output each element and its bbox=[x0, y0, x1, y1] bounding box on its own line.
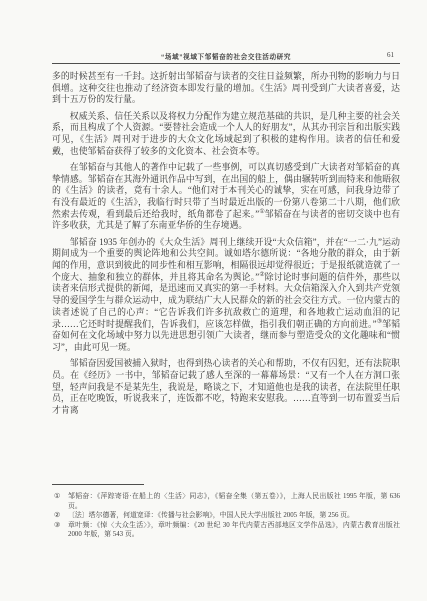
header-rule bbox=[52, 63, 400, 64]
paragraph: 权威关系、信任关系以及将权力分配作为建立规范基础的共识，是几种主要的社会关系，而… bbox=[52, 111, 400, 158]
footnote-list: ①邹韬奋：《萍踪寄语·在船上的〈生活〉同志》，《韬奋全集（第五卷）》，上海人民出… bbox=[52, 492, 400, 540]
footnote-marker: ① bbox=[52, 492, 68, 511]
running-header: “场域”视域下邹韬奋的社会交往活动研究 61 bbox=[52, 51, 400, 63]
footnote-block: ①邹韬奋：《萍踪寄语·在船上的〈生活〉同志》，《韬奋全集（第五卷）》，上海人民出… bbox=[52, 484, 400, 540]
footnote-item: ①邹韬奋：《萍踪寄语·在船上的〈生活〉同志》，《韬奋全集（第五卷）》，上海人民出… bbox=[52, 492, 400, 511]
footnote-item: ③章叶频：《悼〈大众生活〉》，章叶频编：《20 世纪 30 年代内蒙古西部地区文… bbox=[52, 521, 400, 540]
paragraph: 在邹韬奋与其他人的著作中记载了一些事例，可以真切感受到广大读者对邹韬奋的真挚情感… bbox=[52, 162, 400, 232]
footnote-text: 〔法〕塔尔德著，何道宽译：《传播与社会影响》，中国人民大学出版社 2005 年版… bbox=[68, 511, 400, 521]
paragraph: 邹韬奋因爱国被捕入狱时，也得到热心读者的关心和帮助，不仅有囚犯，还有法院职员。在… bbox=[52, 358, 400, 417]
footnote-item: ②〔法〕塔尔德著，何道宽译：《传播与社会影响》，中国人民大学出版社 2005 年… bbox=[52, 511, 400, 521]
page-number: 61 bbox=[387, 51, 394, 59]
footnote-marker: ③ bbox=[52, 521, 68, 540]
running-header-title: “场域”视域下邹韬奋的社会交往活动研究 bbox=[52, 51, 400, 61]
paragraph: 邹韬奋 1935 年创办的《大众生活》周刊上继续开设“大众信箱”，并在“一二·九… bbox=[52, 237, 400, 354]
body-paragraphs: 多的时候甚至有一千封。这折射出邹韬奋与读者的交往日益频繁，所办刊物的影响力与日俱… bbox=[52, 71, 400, 421]
footnote-marker: ② bbox=[52, 511, 68, 521]
footnote-text: 邹韬奋：《萍踪寄语·在船上的〈生活〉同志》，《韬奋全集（第五卷）》，上海人民出版… bbox=[68, 492, 400, 511]
paragraph: 多的时候甚至有一千封。这折射出邹韬奋与读者的交往日益频繁，所办刊物的影响力与日俱… bbox=[52, 71, 400, 106]
footnote-text: 章叶频：《悼〈大众生活〉》，章叶频编：《20 世纪 30 年代内蒙古西部地区文学… bbox=[68, 521, 400, 540]
footnote-separator bbox=[52, 484, 144, 485]
document-page: “场域”视域下邹韬奋的社会交往活动研究 61 多的时候甚至有一千封。这折射出邹韬… bbox=[0, 0, 427, 601]
